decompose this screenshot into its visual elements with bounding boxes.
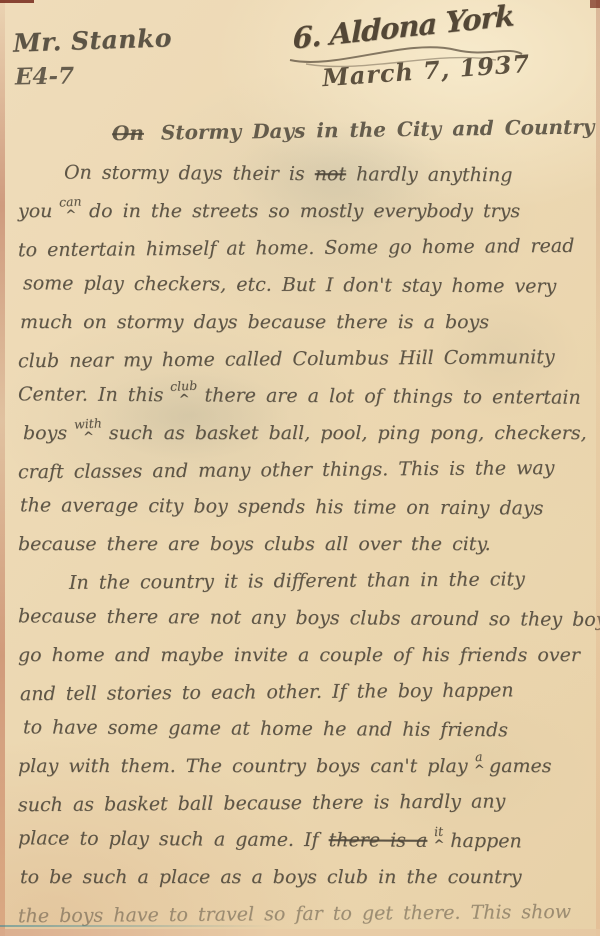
letter-line: craft classes and many other things. Thi…	[18, 450, 584, 491]
text-run: and tell stories to each other. If the b…	[20, 679, 514, 705]
letter-line: play with them. The country boys can't p…	[18, 748, 584, 785]
text-run: play with them. The country boys can't p…	[18, 755, 468, 777]
struck-word: On	[112, 121, 144, 145]
letter-line: much on stormy days because there is a b…	[20, 304, 584, 341]
text-run: to have some game at home he and his fri…	[23, 716, 508, 741]
scan-edge-bottom	[0, 929, 600, 936]
letter-line: to be such a place as a boys club in the…	[20, 859, 584, 896]
letter-line: to entertain himself at home. Some go ho…	[18, 228, 584, 269]
scan-nick-top-right	[590, 0, 600, 8]
letter-line: because there are not any boys clubs aro…	[18, 598, 584, 638]
text-run: some play checkers, etc. But I don't sta…	[23, 272, 556, 297]
letter-page: Mr. Stanko E4-7 6. Aldona York March 7, …	[0, 0, 600, 936]
bottom-rule-line	[0, 925, 276, 927]
letter-line: the average city boy spends his time on …	[20, 487, 584, 527]
text-run: In the country it is different than in t…	[69, 568, 525, 594]
text-run: you	[18, 200, 52, 222]
text-run: because there are not any boys clubs aro…	[18, 605, 600, 631]
letter-line: because there are boys clubs all over th…	[18, 526, 584, 563]
struck-word: there is a	[329, 829, 428, 852]
text-run: to entertain himself at home. Some go ho…	[18, 235, 574, 261]
text-run: games	[489, 755, 552, 777]
text-run: boys	[23, 422, 67, 444]
text-run: On stormy days their is	[64, 162, 315, 186]
letter-title: On Stormy Days in the City and Country	[112, 115, 582, 146]
inserted-word: club	[170, 367, 199, 405]
scan-nick-top-left	[0, 0, 34, 3]
inserted-word: a	[474, 738, 483, 775]
text-run: such as basket ball, pool, ping pong, ch…	[109, 422, 587, 444]
recipient-name: Mr. Stanko	[13, 23, 173, 58]
letter-line: place to play such a game. If there is a…	[18, 820, 584, 860]
text-run: the boys have to travel so far to get th…	[18, 901, 571, 927]
text-run: there are a lot of things to entertain	[204, 384, 580, 408]
letter-line: boyswithsuch as basket ball, pool, ping …	[23, 415, 584, 452]
class-code: E4-7	[15, 62, 75, 90]
scan-edge-right	[596, 0, 600, 936]
letter-line: youcando in the streets so mostly everyb…	[18, 193, 584, 230]
letter-line: and tell stories to each other. If the b…	[20, 672, 584, 713]
letter-line: go home and maybe invite a couple of his…	[18, 637, 584, 674]
letter-line: club near my home called Columbus Hill C…	[18, 339, 584, 380]
letter-line: some play checkers, etc. But I don't sta…	[23, 265, 584, 305]
letter-body: On stormy days their is not hardly anyth…	[18, 156, 584, 933]
text-run: Center. In this	[18, 383, 164, 406]
text-run: Stormy Days in the City and Country	[150, 115, 595, 145]
letter-line: to have some game at home he and his fri…	[23, 709, 584, 749]
text-run: to be such a place as a boys club in the…	[20, 866, 522, 888]
letter-line: In the country it is different than in t…	[23, 561, 584, 602]
letter-line: On stormy days their is not hardly anyth…	[18, 154, 584, 194]
text-run: go home and maybe invite a couple of his…	[18, 644, 580, 666]
letter-line: Center. In thisclubthere are a lot of th…	[18, 376, 584, 416]
text-run: happen	[450, 830, 522, 852]
struck-word: not	[315, 163, 346, 185]
letter-line: such as basket ball because there is har…	[18, 783, 584, 824]
text-run: craft classes and many other things. Thi…	[18, 457, 555, 483]
text-run: hardly anything	[346, 163, 512, 186]
text-run: place to play such a game. If	[18, 827, 329, 851]
text-run: the average city boy spends his time on …	[20, 494, 544, 519]
text-run: club near my home called Columbus Hill C…	[18, 346, 555, 372]
inserted-word: can	[58, 182, 82, 220]
text-run: much on stormy days because there is a b…	[20, 311, 489, 333]
text-run: because there are boys clubs all over th…	[18, 533, 491, 555]
inserted-word: with	[73, 404, 103, 442]
scan-edge-left	[0, 0, 5, 936]
text-run: do in the streets so mostly everybody tr…	[89, 200, 520, 222]
